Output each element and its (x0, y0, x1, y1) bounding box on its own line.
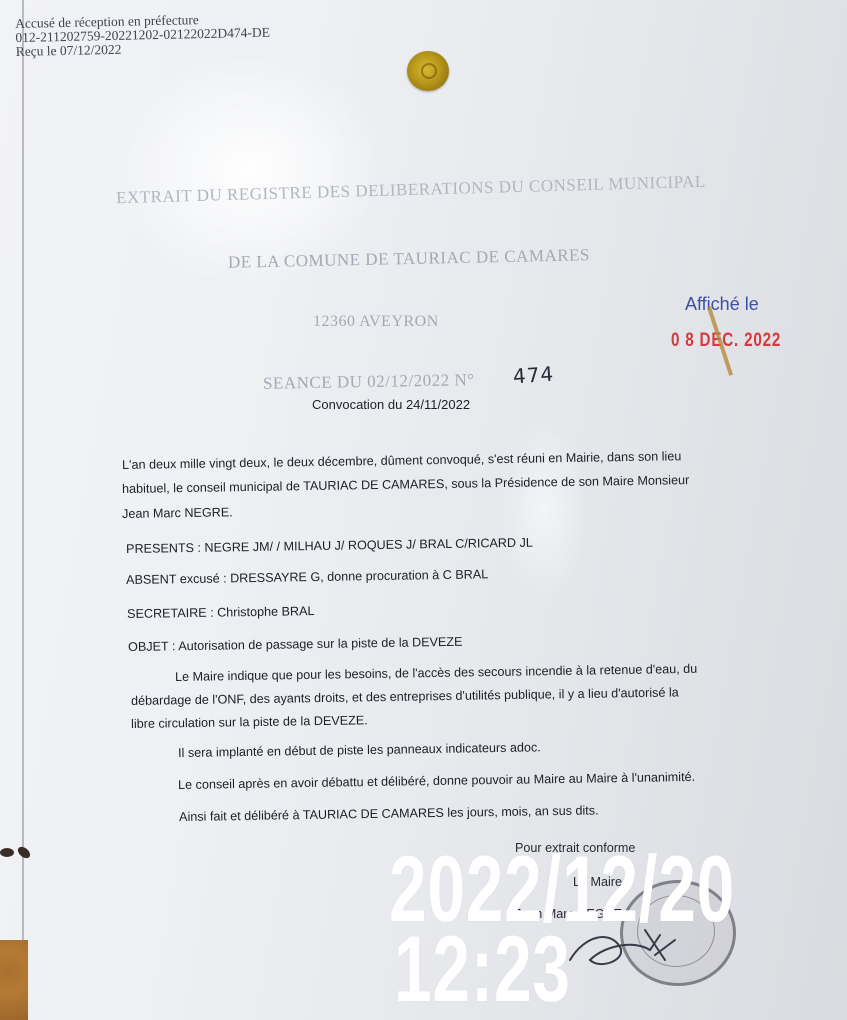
light-glare (120, 60, 380, 280)
clip-icon (0, 848, 14, 857)
deliberation-number: 474 (512, 362, 555, 389)
pushpin-icon (407, 51, 449, 91)
adjacent-sheet-edge (22, 0, 24, 1020)
photo-timestamp-time: 12:23 (394, 922, 571, 1016)
prefecture-receipt: Accusé de réception en préfecture 012-21… (15, 12, 270, 59)
seance-date: SEANCE DU 02/12/2022 N° (263, 370, 475, 394)
posting-stamp-date: 0 8 DEC. 2022 (671, 330, 781, 352)
cork-board (0, 940, 28, 1020)
secretary-line: SECRETAIRE : Christophe BRAL (127, 604, 315, 621)
intro-text: Jean Marc NEGRE. (122, 505, 233, 521)
commune-address: 12360 AVEYRON (313, 313, 439, 331)
posting-stamp-label: Affiché le (685, 294, 759, 315)
light-glare (500, 420, 590, 600)
convocation-date: Convocation du 24/11/2022 (312, 397, 470, 412)
